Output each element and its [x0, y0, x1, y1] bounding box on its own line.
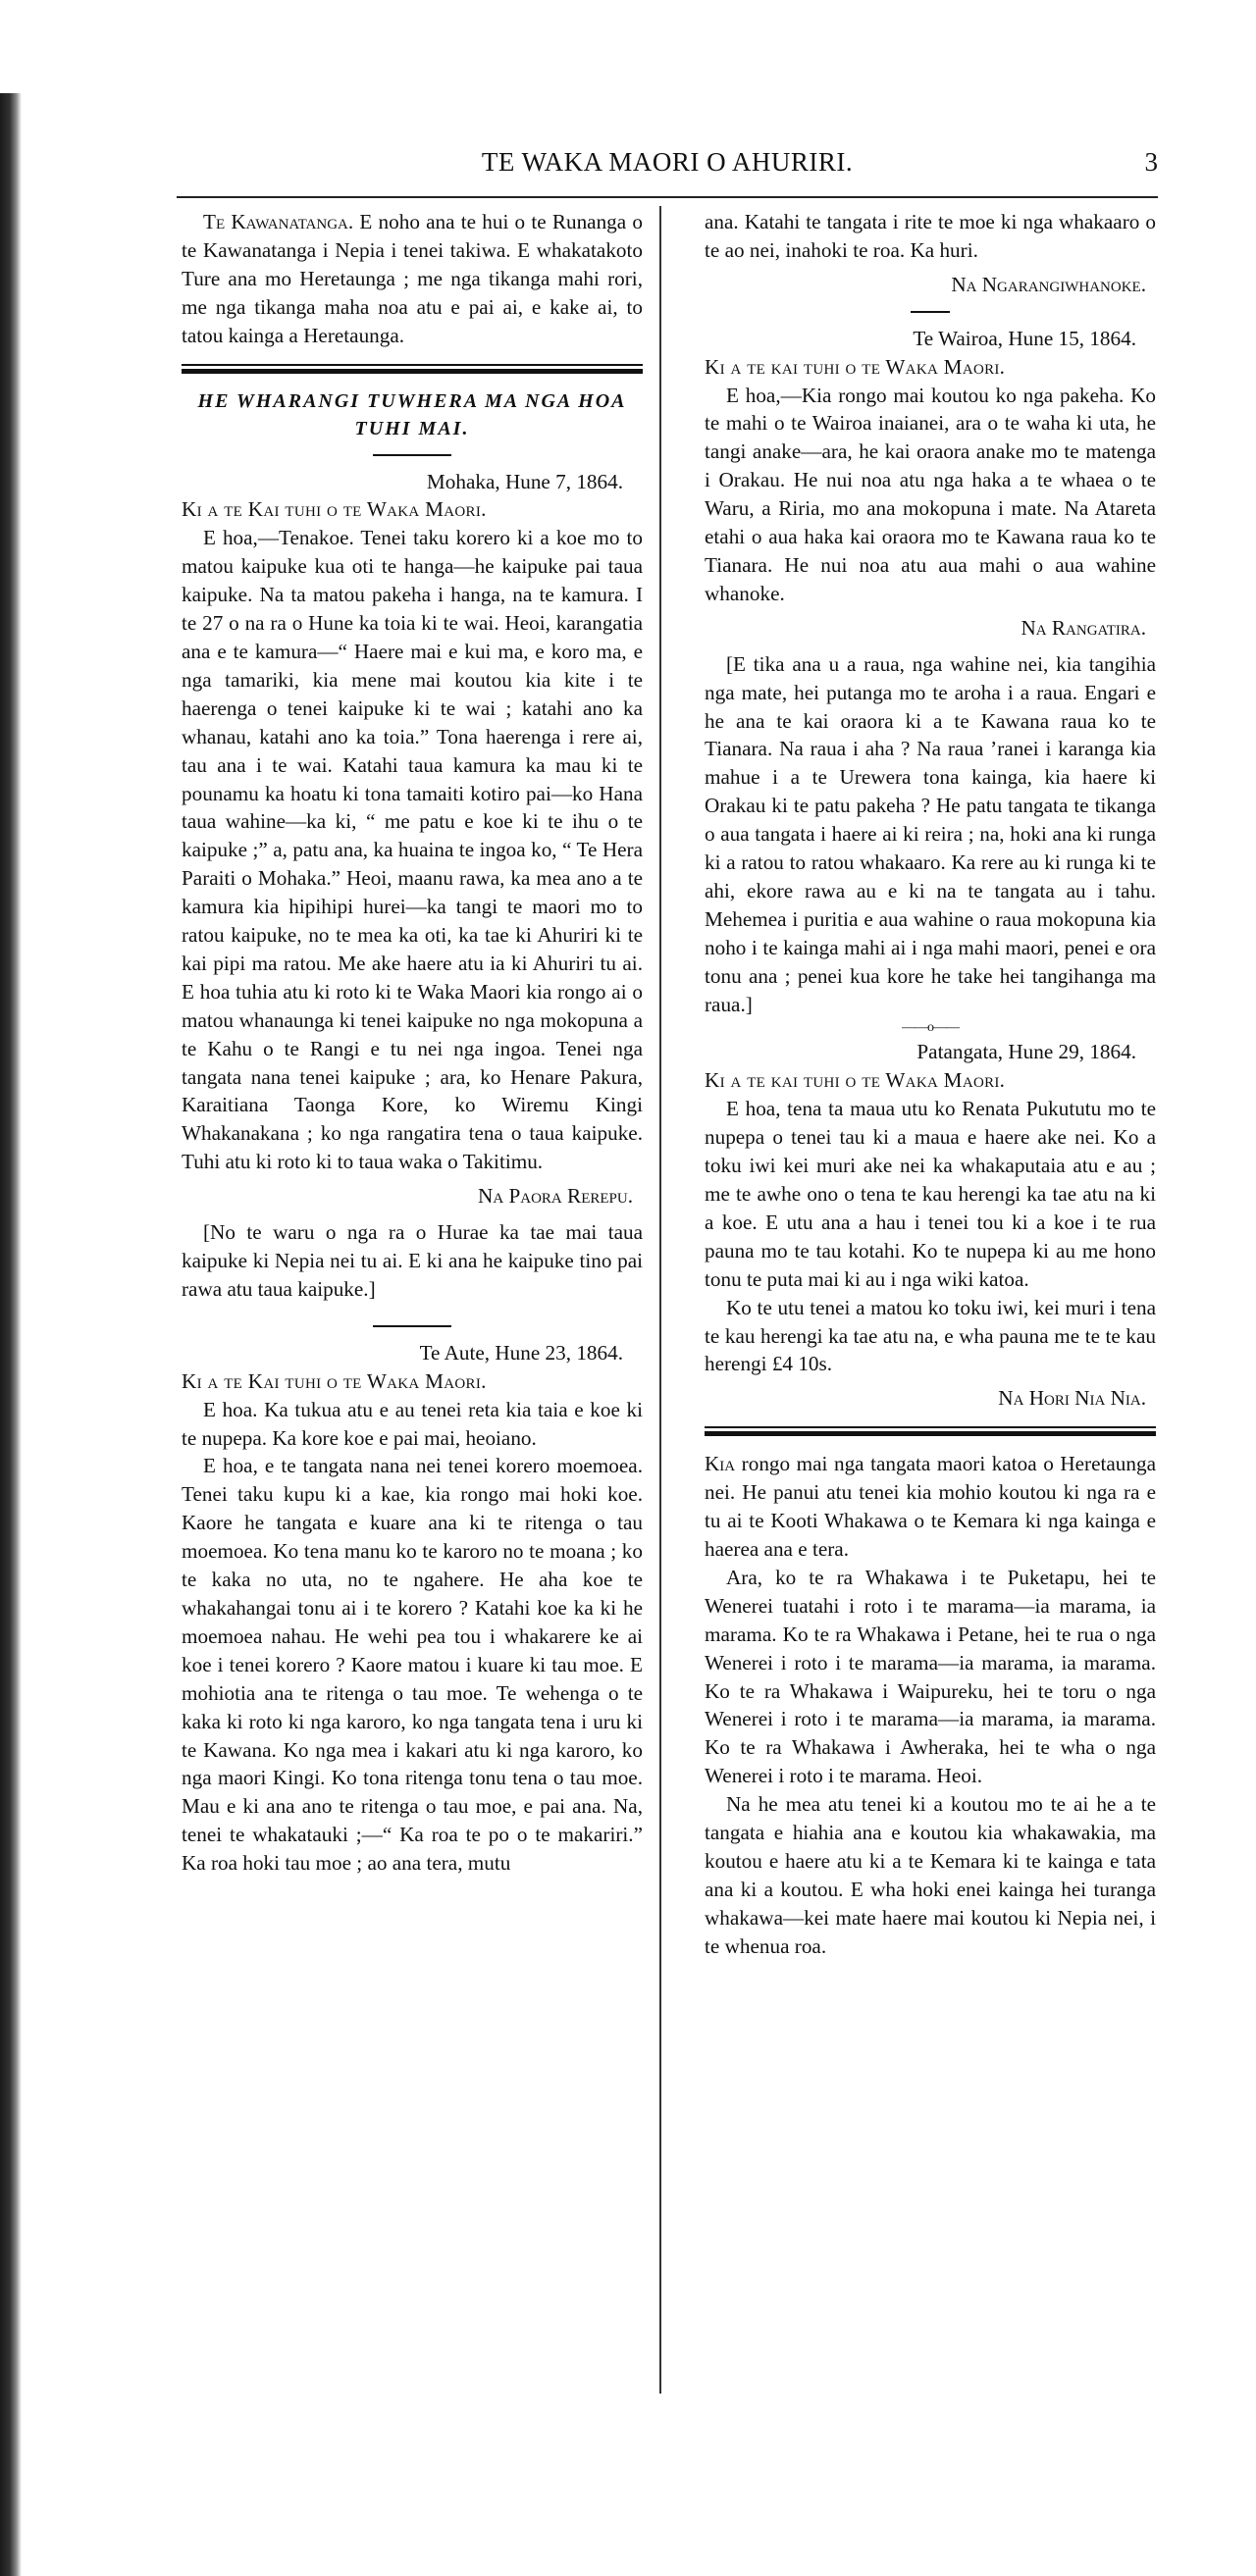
header-rule	[177, 196, 1158, 198]
editor-note: [E tika ana u a raua, nga wahine nei, ki…	[705, 650, 1156, 1019]
short-rule	[373, 1325, 451, 1327]
letter-salutation: Ki a te kai tuhi o te Waka Maori.	[705, 353, 1156, 382]
short-rule	[373, 454, 451, 456]
letter-paragraph: E hoa, tena ta maua utu ko Renata Pukutu…	[705, 1095, 1156, 1293]
letter-dateline: Mohaka, Hune 7, 1864.	[182, 468, 643, 496]
intro-lead: Te Kawanatanga.	[203, 210, 353, 233]
letter-signature: Na Paora Rerepu.	[182, 1182, 643, 1211]
letter-signature: Na Hori Nia Nia.	[705, 1384, 1156, 1413]
letter-signature: Na Ngarangiwhanoke.	[705, 271, 1156, 299]
column-divider	[659, 206, 661, 2394]
section-title: HE WHARANGI TUWHERA MA NGA HOA TUHI MAI.	[182, 387, 643, 442]
notice-paragraph: Kia rongo mai nga tangata maori katoa o …	[705, 1450, 1156, 1564]
section-rule	[182, 364, 643, 374]
notice-text: rongo mai nga tangata maori katoa o Here…	[705, 1452, 1156, 1561]
notice-lead: Kia	[705, 1452, 735, 1475]
letter-signature: Na Rangatira.	[705, 614, 1156, 643]
letter-salutation: Ki a te Kai tuhi o te Waka Maori.	[182, 1367, 643, 1396]
page-binding-edge	[0, 93, 22, 2576]
letter-paragraph: E hoa. Ka tukua atu e au tenei reta kia …	[182, 1396, 643, 1453]
short-rule	[911, 311, 950, 313]
page-header: TE WAKA MAORI O AHURIRI. 3	[177, 147, 1158, 186]
letter-dateline: Te Aute, Hune 23, 1864.	[182, 1339, 643, 1367]
page-number: 3	[1145, 147, 1159, 178]
letter-dateline: Te Wairoa, Hune 15, 1864.	[705, 325, 1156, 353]
notice-paragraph: Ara, ko te ra Whakawa i te Puketapu, hei…	[705, 1564, 1156, 1790]
letter-salutation: Ki a te kai tuhi o te Waka Maori.	[705, 1066, 1156, 1095]
letter-body: E hoa,—Tenakoe. Tenei taku korero ki a k…	[182, 524, 643, 1176]
letter-salutation: Ki a te Kai tuhi o te Waka Maori.	[182, 495, 643, 524]
right-column: ana. Katahi te tangata i rite te moe ki …	[705, 208, 1156, 1961]
letter-body: E hoa,—Kia rongo mai koutou ko nga pakeh…	[705, 382, 1156, 608]
letter-paragraph: E hoa, e te tangata nana nei tenei korer…	[182, 1452, 643, 1878]
letter-paragraph: Ko te utu tenei a matou ko toku iwi, kei…	[705, 1294, 1156, 1379]
running-title: TE WAKA MAORI O AHURIRI.	[177, 147, 1158, 178]
left-column: Te Kawanatanga. E noho ana te hui o te R…	[182, 208, 643, 1878]
notice-paragraph: Na he mea atu tenei ki a koutou mo te ai…	[705, 1790, 1156, 1960]
ornament-rule: ——o——	[705, 1020, 1156, 1036]
section-rule	[705, 1426, 1156, 1436]
letter-continuation: ana. Katahi te tangata i rite te moe ki …	[705, 208, 1156, 265]
editor-note: [No te waru o nga ra o Hurae ka tae mai …	[182, 1218, 643, 1304]
letter-dateline: Patangata, Hune 29, 1864.	[705, 1038, 1156, 1066]
intro-paragraph: Te Kawanatanga. E noho ana te hui o te R…	[182, 208, 643, 350]
